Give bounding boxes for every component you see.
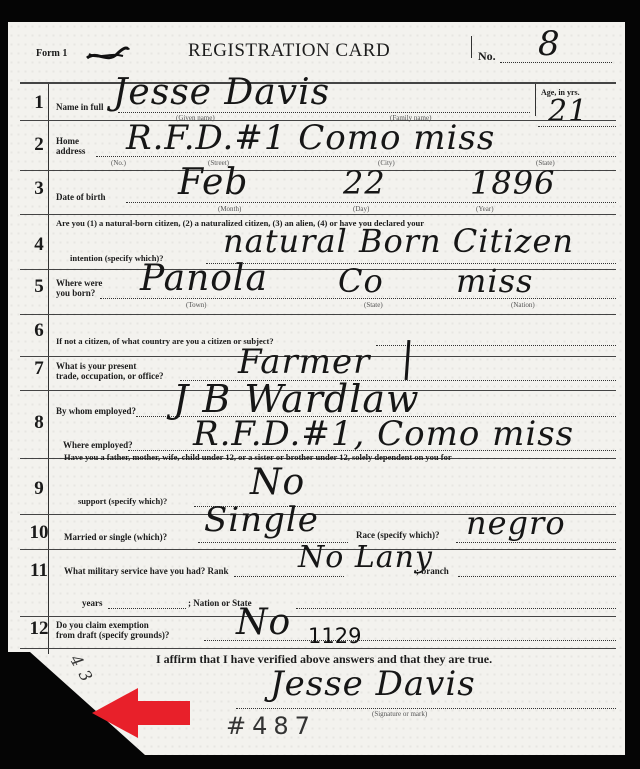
red-arrow-left-icon bbox=[92, 688, 190, 738]
row-number: 1 bbox=[28, 92, 50, 114]
occupation-value: Farmer bbox=[238, 342, 370, 382]
employment-place-label: Where employed? bbox=[63, 440, 133, 450]
card-no-label: No. bbox=[478, 49, 496, 64]
occupation-label-1: What is your present bbox=[56, 361, 136, 371]
row-number: 6 bbox=[28, 320, 50, 342]
military-service-label: What military service have you had? Rank bbox=[64, 566, 229, 576]
home-label: Home bbox=[56, 136, 79, 146]
race-value: negro bbox=[466, 504, 566, 542]
dependents-question: Have you a father, mother, wife, child u… bbox=[64, 452, 452, 462]
years-field-line bbox=[108, 608, 186, 609]
birth-state: Co bbox=[338, 262, 384, 300]
card-title: REGISTRATION CARD bbox=[188, 40, 390, 62]
form-scribble-mark bbox=[83, 44, 133, 66]
address-value: R.F.D.#1 Como miss bbox=[126, 118, 495, 158]
row-number: 5 bbox=[28, 276, 50, 298]
dependents-value: No bbox=[250, 462, 305, 503]
stamped-number: 1129 bbox=[308, 624, 361, 648]
card-no-value: 8 bbox=[538, 24, 561, 64]
address-label: address bbox=[56, 146, 85, 156]
town-caption: (Town) bbox=[186, 301, 207, 309]
day-caption: (Day) bbox=[353, 205, 369, 213]
birthplace-label-1: Where were bbox=[56, 278, 102, 288]
marital-status-value: Single bbox=[204, 500, 319, 540]
employment-place-value: R.F.D.#1, Como miss bbox=[193, 414, 574, 454]
row-number: 2 bbox=[28, 134, 50, 156]
citizenship-value: natural Born Citizen bbox=[223, 222, 574, 260]
birthplace-label-2: you born? bbox=[56, 288, 95, 298]
age-value: 21 bbox=[548, 94, 588, 129]
marital-status-label: Married or single (which)? bbox=[64, 532, 167, 542]
dob-day: 22 bbox=[343, 164, 386, 202]
dob-year: 1896 bbox=[470, 164, 555, 202]
rank-field-line bbox=[234, 576, 344, 577]
exemption-label-2: from draft (specify grounds)? bbox=[56, 630, 169, 640]
registration-card: Form 1 REGISTRATION CARD No. 8 1 Name in… bbox=[8, 22, 625, 755]
dependents-support-label: support (specify which)? bbox=[78, 496, 167, 506]
age-field-line bbox=[538, 126, 616, 127]
row-number: 8 bbox=[28, 412, 50, 434]
foreign-country-field-line bbox=[376, 345, 616, 346]
signature-caption: (Signature or mark) bbox=[372, 710, 427, 718]
state-caption: (State) bbox=[364, 301, 383, 309]
race-label: Race (specify which)? bbox=[356, 530, 439, 540]
exemption-value: No bbox=[236, 602, 291, 643]
dob-label: Date of birth bbox=[56, 192, 106, 202]
row-number: 12 bbox=[28, 618, 50, 640]
row-number: 4 bbox=[28, 234, 50, 256]
no-caption: (No.) bbox=[111, 159, 126, 167]
dob-month: Feb bbox=[178, 162, 248, 203]
nation-or-state-field-line bbox=[296, 608, 616, 609]
row-number: 7 bbox=[28, 358, 50, 380]
birth-nation: miss bbox=[456, 262, 533, 300]
race-field-line bbox=[456, 542, 616, 543]
row-rule bbox=[20, 648, 616, 649]
employer-label: By whom employed? bbox=[56, 406, 136, 416]
name-value: Jesse Davis bbox=[113, 72, 330, 113]
branch-field-line bbox=[458, 576, 616, 577]
nation-caption: (Nation) bbox=[511, 301, 535, 309]
divider bbox=[471, 36, 472, 58]
margin-marks: 4 3 bbox=[66, 652, 97, 686]
exemption-label-1: Do you claim exemption bbox=[56, 620, 149, 630]
branch-label: ; branch bbox=[416, 566, 449, 576]
name-label: Name in full bbox=[56, 102, 104, 112]
row-rule bbox=[20, 314, 616, 315]
years-label: years bbox=[82, 598, 103, 608]
row-rule bbox=[20, 214, 616, 215]
form-label: Form 1 bbox=[36, 48, 67, 59]
month-caption: (Month) bbox=[218, 205, 241, 213]
birth-town: Panola bbox=[140, 258, 268, 299]
occupation-label-2: trade, occupation, or office? bbox=[56, 371, 164, 381]
row-number: 10 bbox=[28, 522, 50, 544]
row-number: 9 bbox=[28, 478, 50, 500]
row-number: 3 bbox=[28, 178, 50, 200]
row-rule bbox=[20, 616, 616, 617]
registrar-number: #487 bbox=[226, 712, 316, 740]
signature: Jesse Davis bbox=[270, 664, 476, 704]
age-column-divider bbox=[535, 84, 536, 116]
year-caption: (Year) bbox=[476, 205, 494, 213]
rank-value: No Lany bbox=[298, 540, 433, 575]
row-number: 11 bbox=[28, 560, 50, 582]
signature-line bbox=[236, 708, 616, 709]
